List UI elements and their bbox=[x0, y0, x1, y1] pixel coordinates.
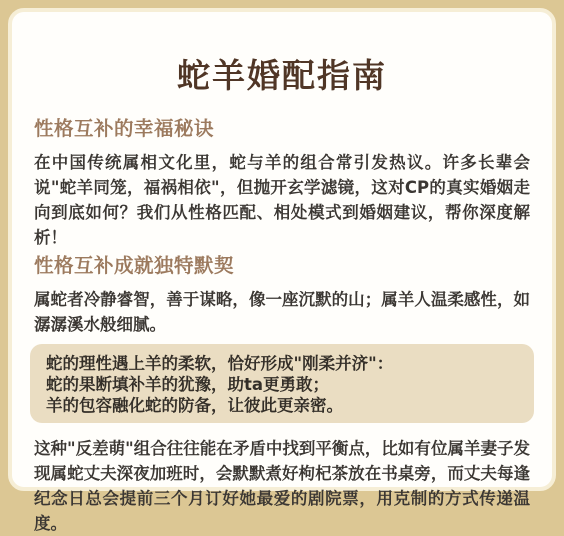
highlight-line: 蛇的果断填补羊的犹豫，助ta更勇敢； bbox=[46, 374, 518, 395]
intro-paragraph: 在中国传统属相文化里，蛇与羊的组合常引发热议。许多长辈会说"蛇羊同笼，福祸相依"… bbox=[34, 150, 530, 250]
section-heading-happiness-secret: 性格互补的幸福秘诀 bbox=[34, 118, 530, 140]
closing-paragraph: 这种"反差萌"组合往往能在矛盾中找到平衡点，比如有位属羊妻子发现属蛇丈夫深夜加班… bbox=[34, 436, 530, 500]
page: { "title": "蛇羊婚配指南", "sections": [ { "he… bbox=[0, 0, 564, 500]
section-heading-complementary-personality: 性格互补成就独特默契 bbox=[34, 255, 530, 277]
personality-paragraph: 属蛇者冷静睿智，善于谋略，像一座沉默的山；属羊人温柔感性，如潺潺溪水般细腻。 bbox=[34, 287, 530, 337]
highlight-line: 蛇的理性遇上羊的柔软，恰好形成"刚柔并济"： bbox=[46, 353, 518, 374]
highlight-line: 羊的包容融化蛇的防备，让彼此更亲密。 bbox=[46, 395, 518, 416]
article-card: 蛇羊婚配指南 性格互补的幸福秘诀 在中国传统属相文化里，蛇与羊的组合常引发热议。… bbox=[8, 8, 556, 491]
highlight-box: 蛇的理性遇上羊的柔软，恰好形成"刚柔并济"： 蛇的果断填补羊的犹豫，助ta更勇敢… bbox=[30, 344, 534, 423]
page-title: 蛇羊婚配指南 bbox=[34, 57, 530, 95]
